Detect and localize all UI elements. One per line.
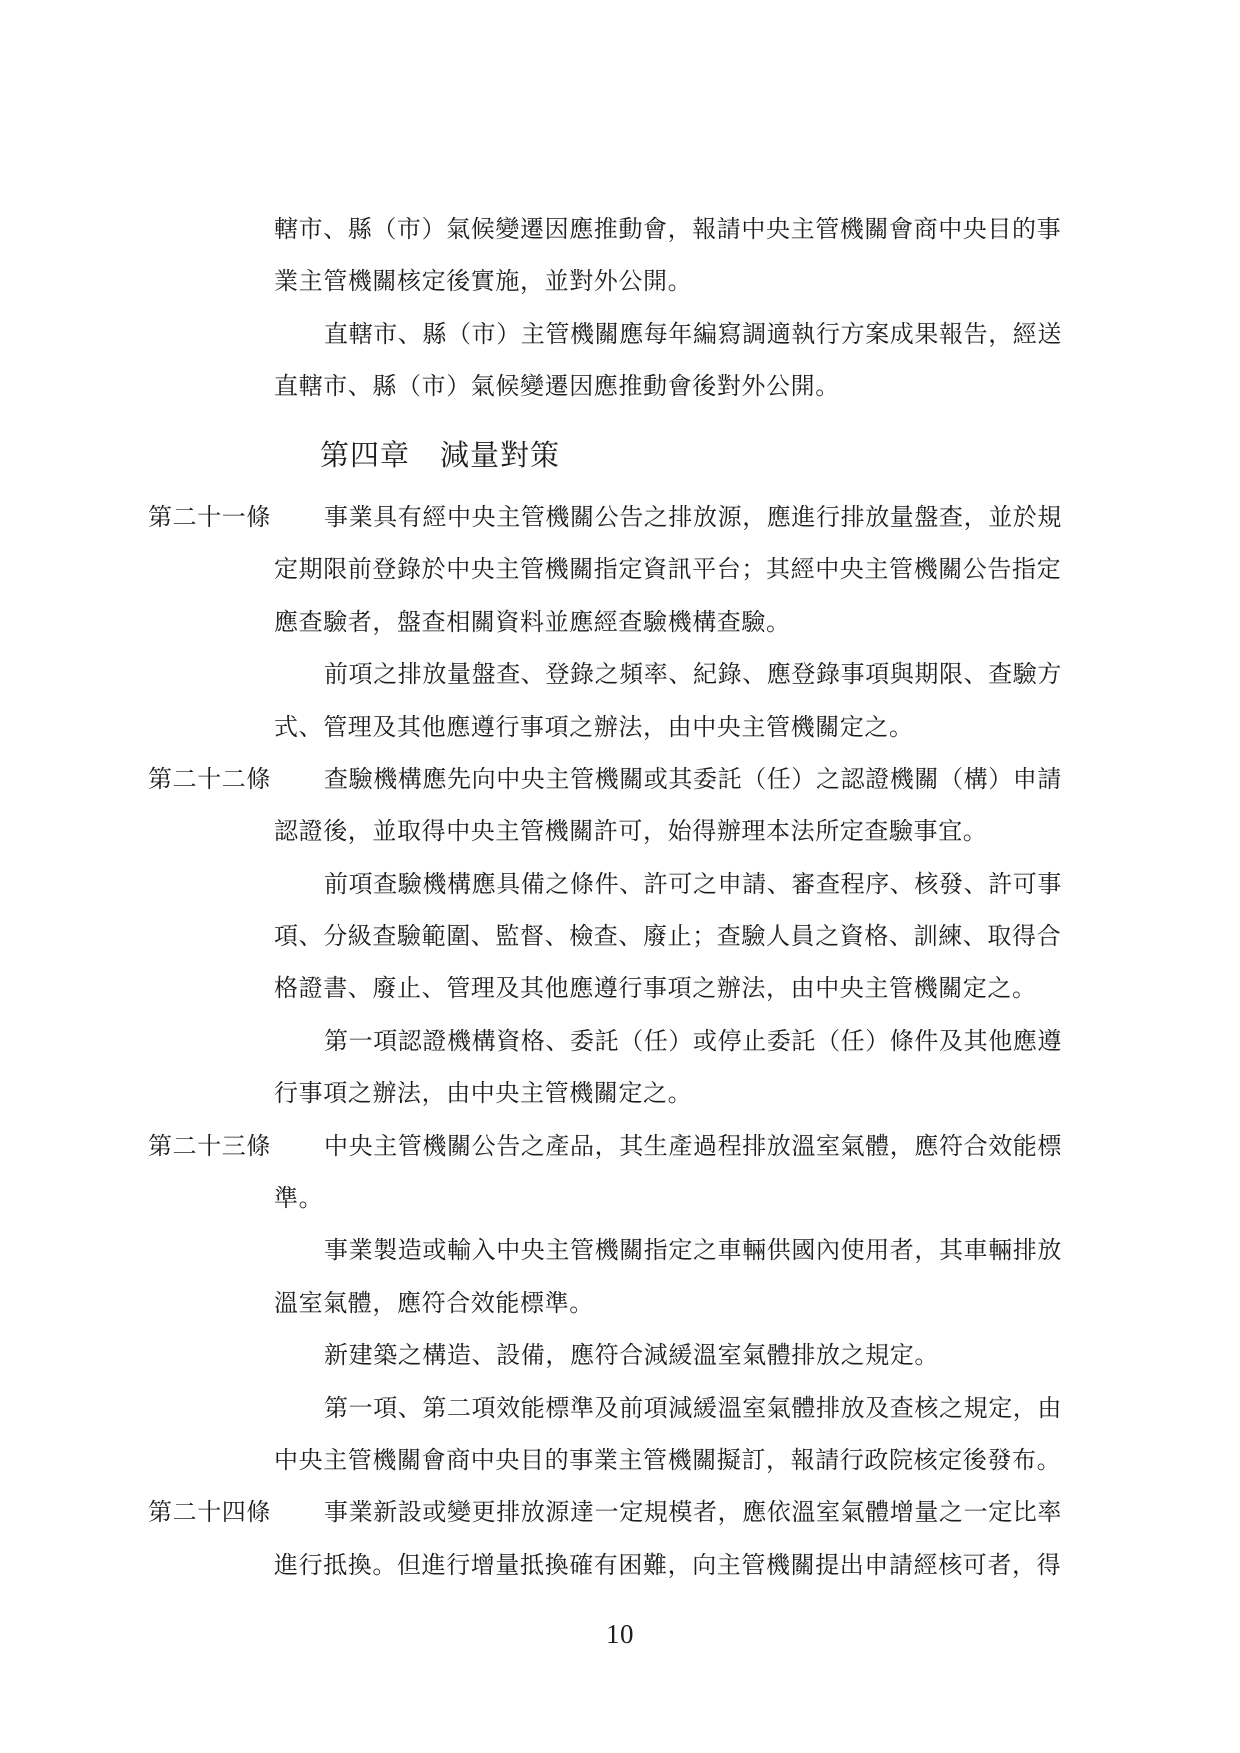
document-body: 轄市、縣（市）氣候變遷因應推動會，報請中央主管機關會商中央目的事業主管機關核定後…: [0, 204, 1240, 1592]
article-first-line: 第二十二條查驗機構應先向中央主管機關或其委託（任）之認證機關（構）申請: [0, 754, 1240, 806]
text-line: 中央主管機關會商中央目的事業主管機關擬訂，報請行政院核定後發布。: [0, 1435, 1240, 1487]
article-text: 事業具有經中央主管機關公告之排放源，應進行排放量盤查，並於規: [324, 505, 1062, 531]
text-line: 溫室氣體，應符合效能標準。: [0, 1278, 1240, 1330]
document-page: 轄市、縣（市）氣候變遷因應推動會，報請中央主管機關會商中央目的事業主管機關核定後…: [0, 0, 1240, 1753]
text-line: 式、管理及其他應遵行事項之辦法，由中央主管機關定之。: [0, 702, 1240, 754]
text-line: 第一項、第二項效能標準及前項減緩溫室氣體排放及查核之規定，由: [0, 1383, 1240, 1435]
article-first-line: 第二十四條事業新設或變更排放源達一定規模者，應依溫室氣體增量之一定比率: [0, 1487, 1240, 1539]
article-first-line: 第二十三條中央主管機關公告之產品，其生產過程排放溫室氣體，應符合效能標: [0, 1121, 1240, 1173]
article-first-line: 第二十一條事業具有經中央主管機關公告之排放源，應進行排放量盤查，並於規: [0, 492, 1240, 544]
text-line: 新建築之構造、設備，應符合減緩溫室氣體排放之規定。: [0, 1330, 1240, 1382]
text-line: 進行抵換。但進行增量抵換確有困難，向主管機關提出申請經核可者，得: [0, 1540, 1240, 1592]
text-line: 直轄市、縣（市）主管機關應每年編寫調適執行方案成果報告，經送: [0, 309, 1240, 361]
text-line: 轄市、縣（市）氣候變遷因應推動會，報請中央主管機關會商中央目的事: [0, 204, 1240, 256]
text-line: 認證後，並取得中央主管機關許可，始得辦理本法所定查驗事宜。: [0, 806, 1240, 858]
text-line: 定期限前登錄於中央主管機關指定資訊平台；其經中央主管機關公告指定: [0, 544, 1240, 596]
article-number: 第二十一條: [148, 492, 271, 544]
text-line: 直轄市、縣（市）氣候變遷因應推動會後對外公開。: [0, 361, 1240, 413]
text-line: 行事項之辦法，由中央主管機關定之。: [0, 1068, 1240, 1120]
article-number: 第二十三條: [148, 1121, 271, 1173]
text-line: 前項查驗機構應具備之條件、許可之申請、審查程序、核發、許可事: [0, 859, 1240, 911]
chapter-heading: 第四章 減量對策: [0, 430, 1240, 482]
article-number: 第二十二條: [148, 754, 271, 806]
article-text: 事業新設或變更排放源達一定規模者，應依溫室氣體增量之一定比率: [324, 1500, 1062, 1526]
page-number: 10: [0, 1614, 1240, 1654]
article-text: 中央主管機關公告之產品，其生產過程排放溫室氣體，應符合效能標: [324, 1134, 1062, 1160]
text-line: 準。: [0, 1173, 1240, 1225]
article-number: 第二十四條: [148, 1487, 271, 1539]
text-line: 前項之排放量盤查、登錄之頻率、紀錄、應登錄事項與期限、查驗方: [0, 649, 1240, 701]
text-line: 應查驗者，盤查相關資料並應經查驗機構查驗。: [0, 597, 1240, 649]
text-line: 第一項認證機構資格、委託（任）或停止委託（任）條件及其他應遵: [0, 1016, 1240, 1068]
text-line: 業主管機關核定後實施，並對外公開。: [0, 256, 1240, 308]
text-line: 事業製造或輸入中央主管機關指定之車輛供國內使用者，其車輛排放: [0, 1225, 1240, 1277]
text-line: 項、分級查驗範圍、監督、檢查、廢止；查驗人員之資格、訓練、取得合: [0, 911, 1240, 963]
text-line: 格證書、廢止、管理及其他應遵行事項之辦法，由中央主管機關定之。: [0, 963, 1240, 1015]
article-text: 查驗機構應先向中央主管機關或其委託（任）之認證機關（構）申請: [324, 767, 1062, 793]
